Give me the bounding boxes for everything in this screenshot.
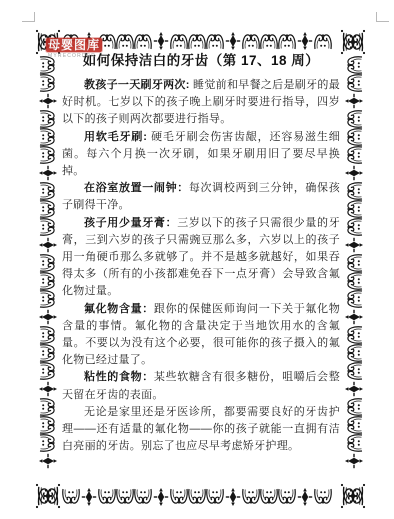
- paragraph-lead: 用软毛牙刷:: [84, 131, 147, 143]
- paragraph-lead: 氟化物含量：: [84, 303, 154, 315]
- paragraph-lead: 粘性的食物：: [84, 371, 154, 383]
- document-content: 如何保持洁白的牙齿（第 17、18 周） 教孩子一天刷牙两次: 睡觉前和早餐之后…: [62, 52, 340, 455]
- paragraph: 孩子用少量牙膏：三岁以下的孩子只需很少量的牙膏，三到六岁的孩子只需豌豆那么多，六…: [62, 215, 340, 301]
- paragraph: 用软毛牙刷: 硬毛牙刷会伤害齿龈，还容易滋生细菌。每六个月换一次牙刷，如果牙刷用…: [62, 129, 340, 181]
- text-boundary-mark-top-left: [22, 12, 35, 22]
- document-body: 教孩子一天刷牙两次: 睡觉前和早餐之后是刷牙的最好时机。七岁以下的孩子晚上刷牙时…: [62, 77, 340, 455]
- paragraph-lead: 孩子用少量牙膏：: [84, 217, 177, 229]
- paragraph-lead: 教孩子一天刷牙两次:: [84, 79, 190, 91]
- document-title: 如何保持洁白的牙齿（第 17、18 周）: [62, 52, 340, 70]
- text-boundary-mark-top-right: [376, 12, 389, 22]
- paragraph-text: 无论是家里还是牙医诊所，都要需要良好的牙齿护理——还有适量的氟化物——你的孩子就…: [62, 406, 340, 452]
- paragraph: 在浴室放置一闹钟：每次调校两到三分钟，确保孩子刷得干净。: [62, 180, 340, 214]
- watermark-text: 母婴图库: [46, 38, 102, 52]
- paragraph: 教孩子一天刷牙两次: 睡觉前和早餐之后是刷牙的最好时机。七岁以下的孩子晚上刷牙时…: [62, 77, 340, 129]
- paragraph-lead: 在浴室放置一闹钟：: [84, 182, 189, 194]
- paragraph: 氟化物含量：跟你的保健医师询问一下关于氟化物含量的事情。氟化物的含量决定于当地饮…: [62, 301, 340, 370]
- watermark-logo: 母婴图库 MYRECORDER: [46, 37, 102, 59]
- paragraph: 无论是家里还是牙医诊所，都要需要良好的牙齿护理——还有适量的氟化物——你的孩子就…: [62, 404, 340, 456]
- paragraph: 粘性的食物：某些软糖含有很多糖份，咀嚼后会整天留在牙齿的表面。: [62, 369, 340, 403]
- document-page: 母婴图库 MYRECORDER 如何保持洁白的牙齿（第 17、18 周） 教孩子…: [0, 0, 394, 519]
- watermark-subtext: MYRECORDER: [46, 54, 102, 59]
